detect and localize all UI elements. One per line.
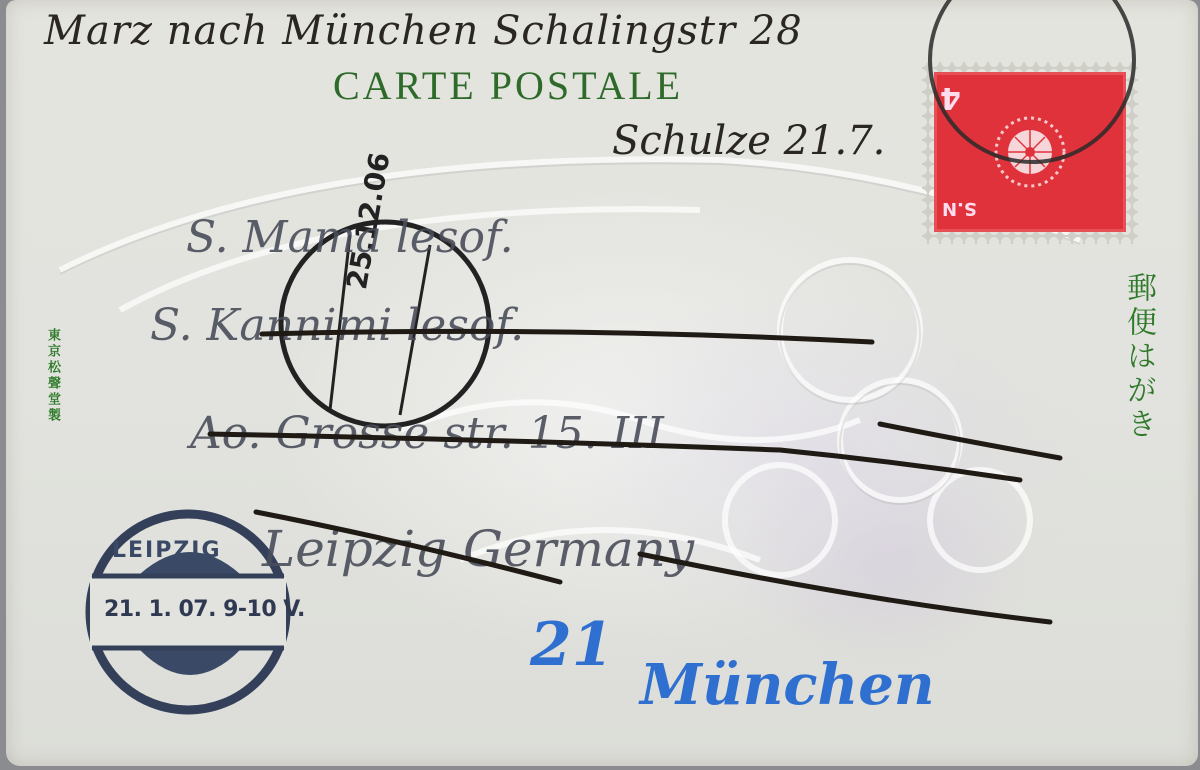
- strike-through-lines: [0, 0, 1200, 770]
